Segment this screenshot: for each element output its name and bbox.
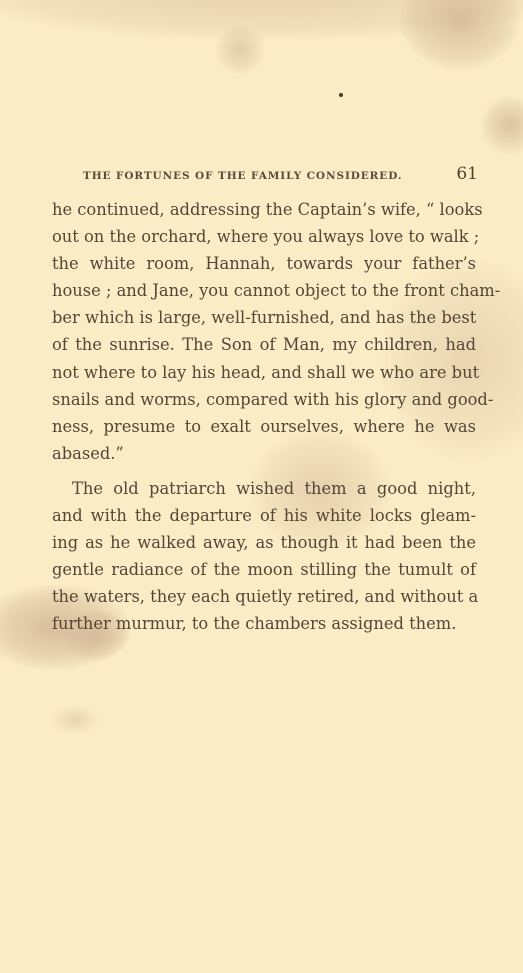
text-line: the waters, they each quietly retired, a… xyxy=(52,583,476,610)
book-page: THE FORTUNES OF THE FAMILY CONSIDERED. 6… xyxy=(0,0,523,973)
text-line: ing as he walked away, as though it had … xyxy=(52,529,476,556)
text-line: not where to lay his head, and shall we … xyxy=(52,359,476,386)
text-line: gentle radiance of the moon stilling the… xyxy=(52,556,476,583)
text-line: snails and worms, compared with his glor… xyxy=(52,386,476,413)
paragraph-gap xyxy=(52,467,476,475)
text-line: ber which is large, well-furnished, and … xyxy=(52,304,476,331)
running-head: THE FORTUNES OF THE FAMILY CONSIDERED. 6… xyxy=(83,164,478,186)
text-line: abased.” xyxy=(52,440,476,467)
text-line: house ; and Jane, you cannot object to t… xyxy=(52,277,476,304)
text-line: ness, presume to exalt ourselves, where … xyxy=(52,413,476,440)
paragraph-1: he continued, addressing the Captain’s w… xyxy=(52,196,476,467)
text-line: out on the orchard, where you always lov… xyxy=(52,223,476,250)
text-line: of the sunrise. The Son of Man, my child… xyxy=(52,331,476,358)
running-head-title: THE FORTUNES OF THE FAMILY CONSIDERED. xyxy=(83,170,402,182)
body-text: he continued, addressing the Captain’s w… xyxy=(52,196,476,638)
text-line: the white room, Hannah, towards your fat… xyxy=(52,250,476,277)
paragraph-2: The old patriarch wished them a good nig… xyxy=(52,475,476,638)
text-line: The old patriarch wished them a good nig… xyxy=(52,475,476,502)
text-line: and with the departure of his white lock… xyxy=(52,502,476,529)
page-number: 61 xyxy=(456,164,478,184)
text-line: further murmur, to the chambers assigned… xyxy=(52,610,476,637)
text-line: he continued, addressing the Captain’s w… xyxy=(52,196,476,223)
